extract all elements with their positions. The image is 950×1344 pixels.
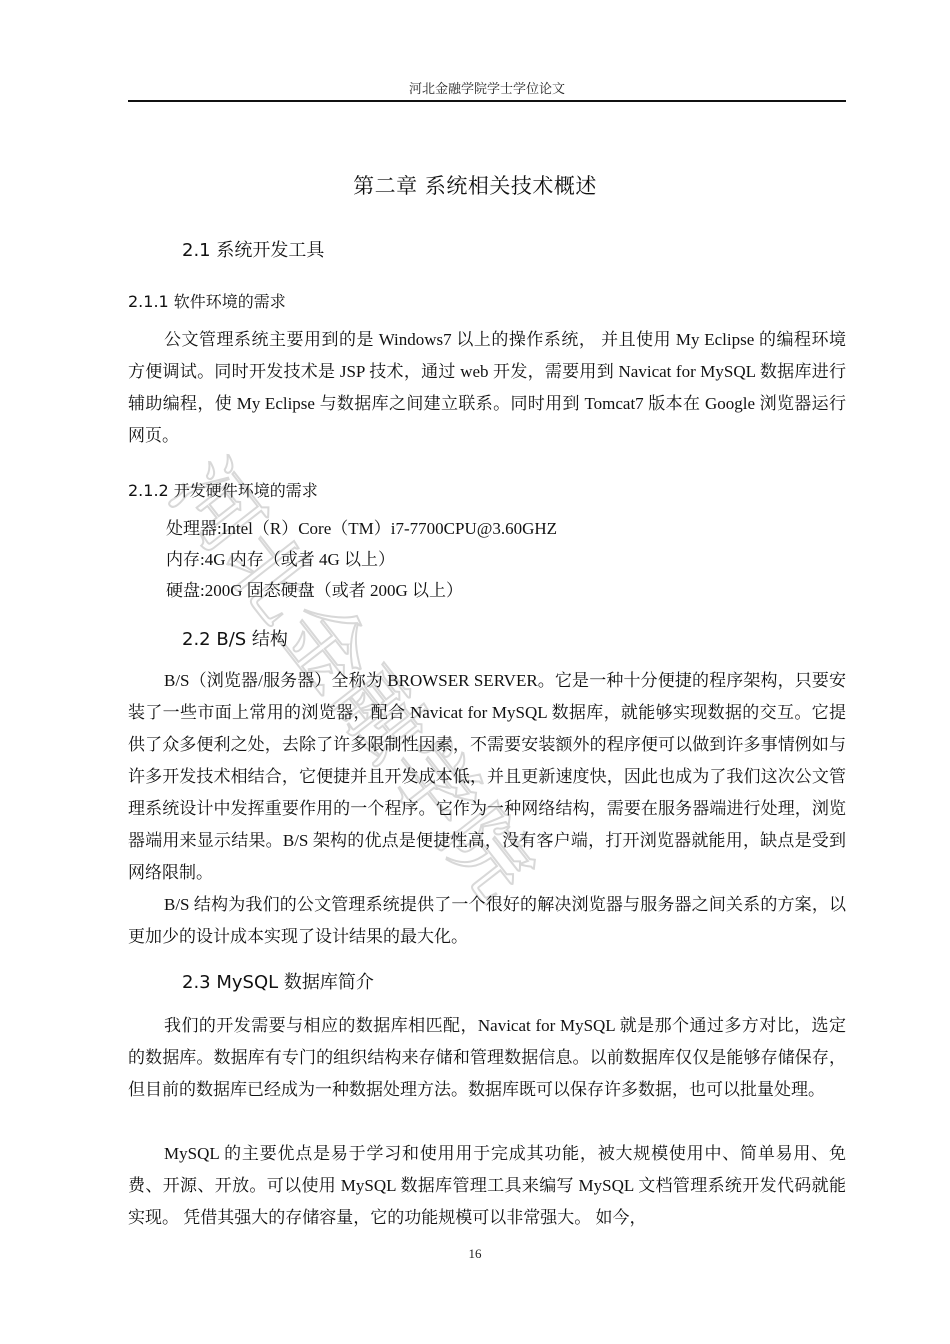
section-heading-2-3: 2.3 MySQL 数据库简介: [182, 968, 374, 994]
paragraph-software-env: 公文管理系统主要用到的是 Windows7 以上的操作系统， 并且使用 My E…: [128, 324, 846, 452]
hardware-item-cpu: 处理器:Intel（R）Core（TM）i7-7700CPU@3.60GHZ: [166, 513, 557, 544]
running-header: 河北金融学院学士学位论文: [128, 78, 846, 97]
hardware-list: 处理器:Intel（R）Core（TM）i7-7700CPU@3.60GHZ 内…: [166, 513, 557, 606]
chapter-title: 第二章 系统相关技术概述: [0, 170, 950, 200]
header-divider: [128, 100, 846, 102]
hardware-item-disk: 硬盘:200G 固态硬盘（或者 200G 以上）: [166, 575, 557, 606]
hardware-item-memory: 内存:4G 内存（或者 4G 以上）: [166, 544, 557, 575]
document-page: 河北金融学院 河北金融学院学士学位论文 第二章 系统相关技术概述 2.1 系统开…: [0, 0, 950, 1344]
paragraph-bs-structure-1: B/S（浏览器/服务器）全称为 BROWSER SERVER。它是一种十分便捷的…: [128, 665, 846, 889]
section-heading-2-1-2: 2.1.2 开发硬件环境的需求: [128, 478, 318, 501]
section-heading-2-1: 2.1 系统开发工具: [182, 236, 324, 262]
paragraph-bs-structure-2: B/S 结构为我们的公文管理系统提供了一个很好的解决浏览器与服务器之间关系的方案…: [128, 889, 846, 953]
section-heading-2-1-1: 2.1.1 软件环境的需求: [128, 289, 286, 312]
section-heading-2-2: 2.2 B/S 结构: [182, 625, 288, 651]
page-number: 16: [0, 1246, 950, 1262]
paragraph-mysql-intro-2: MySQL 的主要优点是易于学习和使用用于完成其功能，被大规模使用中、简单易用、…: [128, 1138, 846, 1234]
paragraph-mysql-intro-1: 我们的开发需要与相应的数据库相匹配，Navicat for MySQL 就是那个…: [128, 1010, 846, 1106]
